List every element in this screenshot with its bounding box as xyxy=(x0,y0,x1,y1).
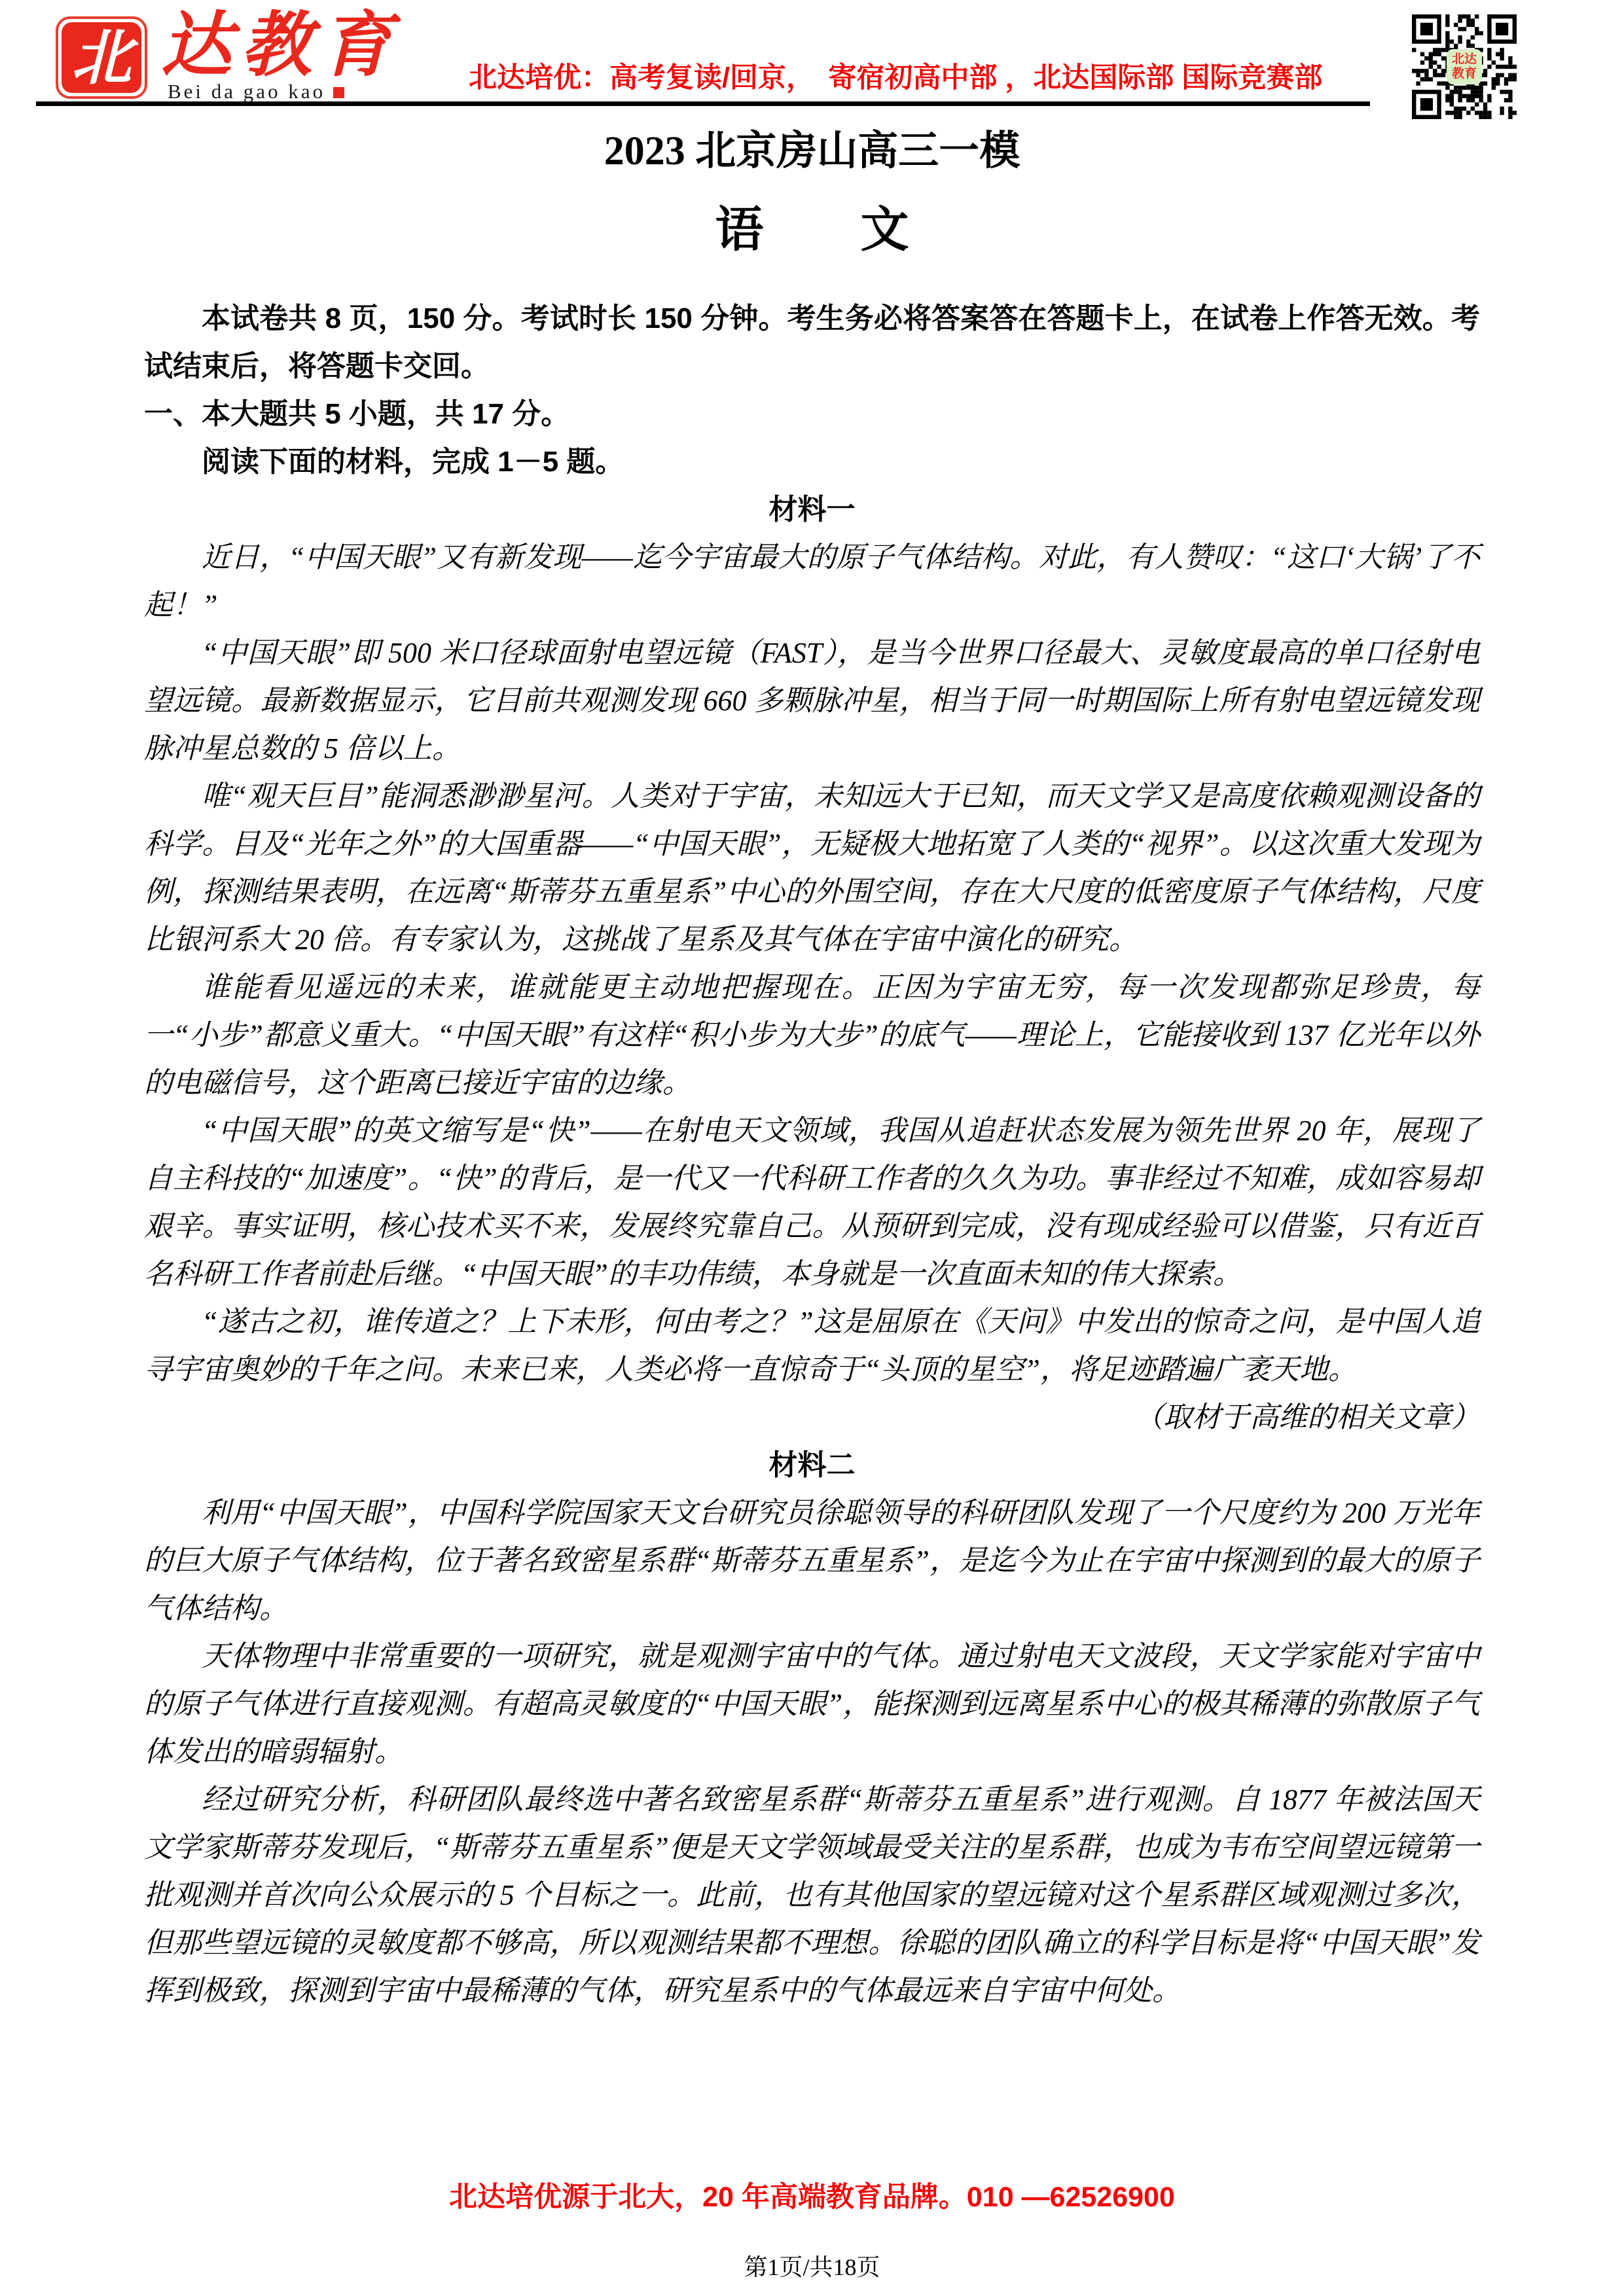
material-paragraph: “中国天眼”即 500 米口径球面射电望远镜（FAST），是当今世界口径最大、灵… xyxy=(144,629,1480,772)
exam-paper-page: 北 达教育 Bei da gao kao 北达培优：高考复读/回京， 寄宿初高中… xyxy=(0,0,1624,2296)
brand-logo: 北 达教育 Bei da gao kao xyxy=(62,17,428,102)
logo-romanization: Bei da gao kao xyxy=(168,80,344,103)
text-block: 本试卷共 8 页，150 分。考试时长 150 分钟。考生务必将答案答在答题卡上… xyxy=(144,295,1480,2015)
logo-seal-character: 北 xyxy=(71,27,132,88)
logo-square-marker xyxy=(333,87,344,98)
material-paragraph: 经过研究分析，科研团队最终选中著名致密星系群“斯蒂芬五重星系”进行观测。自 18… xyxy=(144,1776,1480,2015)
header-divider xyxy=(36,101,1370,106)
subject-title: 语 文 xyxy=(144,204,1480,257)
material-paragraph: 近日，“中国天眼”又有新发现——迄今宇宙最大的原子气体结构。对此，有人赞叹：“这… xyxy=(144,533,1480,629)
material-paragraph: 利用“中国天眼”，中国科学院国家天文台研究员徐聪领导的科研团队发现了一个尺度约为… xyxy=(144,1489,1480,1632)
exam-title: 2023 北京房山高三一模 xyxy=(144,128,1480,174)
material-one-attribution: （取材于高维的相关文章） xyxy=(144,1393,1480,1441)
qr-label-line2: 教育 xyxy=(1452,67,1477,81)
logo-romanization-text: Bei da gao kao xyxy=(168,80,325,103)
logo-seal: 北 xyxy=(62,22,141,93)
reading-instruction: 阅读下面的材料，完成 1－5 题。 xyxy=(144,438,1480,486)
material-one-heading: 材料一 xyxy=(144,486,1480,533)
material-one-paragraphs: 近日，“中国天眼”又有新发现——迄今宇宙最大的原子气体结构。对此，有人赞叹：“这… xyxy=(144,533,1480,1393)
section-one-heading: 一、本大题共 5 小题，共 17 分。 xyxy=(144,390,1480,438)
qr-center-label: 北达 教育 xyxy=(1447,49,1482,84)
qr-label-line1: 北达 xyxy=(1452,52,1477,67)
material-paragraph: 唯“观天巨目”能洞悉渺渺星河。人类对于宇宙，未知远大于已知，而天文学又是高度依赖… xyxy=(144,772,1480,963)
material-paragraph: “遂古之初，谁传道之？上下未形，何由考之？”这是屈原在《天问》中发出的惊奇之问，… xyxy=(144,1298,1480,1393)
qr-code: 北达 教育 xyxy=(1412,14,1517,119)
material-two-paragraphs: 利用“中国天眼”，中国科学院国家天文台研究员徐聪领导的科研团队发现了一个尺度约为… xyxy=(144,1489,1480,2015)
material-paragraph: 天体物理中非常重要的一项研究，就是观测宇宙中的气体。通过射电天文波段，天文学家能… xyxy=(144,1632,1480,1776)
material-paragraph: “中国天眼”的英文缩写是“快”——在射电天文领域，我国从追赶状态发展为领先世界 … xyxy=(144,1107,1480,1298)
exam-instructions: 本试卷共 8 页，150 分。考试时长 150 分钟。考生务必将答案答在答题卡上… xyxy=(144,295,1480,390)
header-tagline: 北达培优：高考复读/回京， 寄宿初高中部 ，北达国际部 国际竞赛部 xyxy=(469,64,1322,92)
page-header: 北 达教育 Bei da gao kao 北达培优：高考复读/回京， 寄宿初高中… xyxy=(0,0,1624,124)
material-paragraph: 谁能看见遥远的未来，谁就能更主动地把握现在。正因为宇宙无穷，每一次发现都弥足珍贵… xyxy=(144,963,1480,1107)
page-indicator: 第1页/共18页 xyxy=(0,2255,1624,2279)
material-two-heading: 材料二 xyxy=(144,1441,1480,1489)
document-body: 2023 北京房山高三一模 语 文 本试卷共 8 页，150 分。考试时长 15… xyxy=(144,128,1480,2015)
footer-slogan: 北达培优源于北大，20 年高端教育品牌。010 —62526900 xyxy=(0,2183,1624,2212)
logo-brand-text: 达教育 xyxy=(161,7,401,84)
